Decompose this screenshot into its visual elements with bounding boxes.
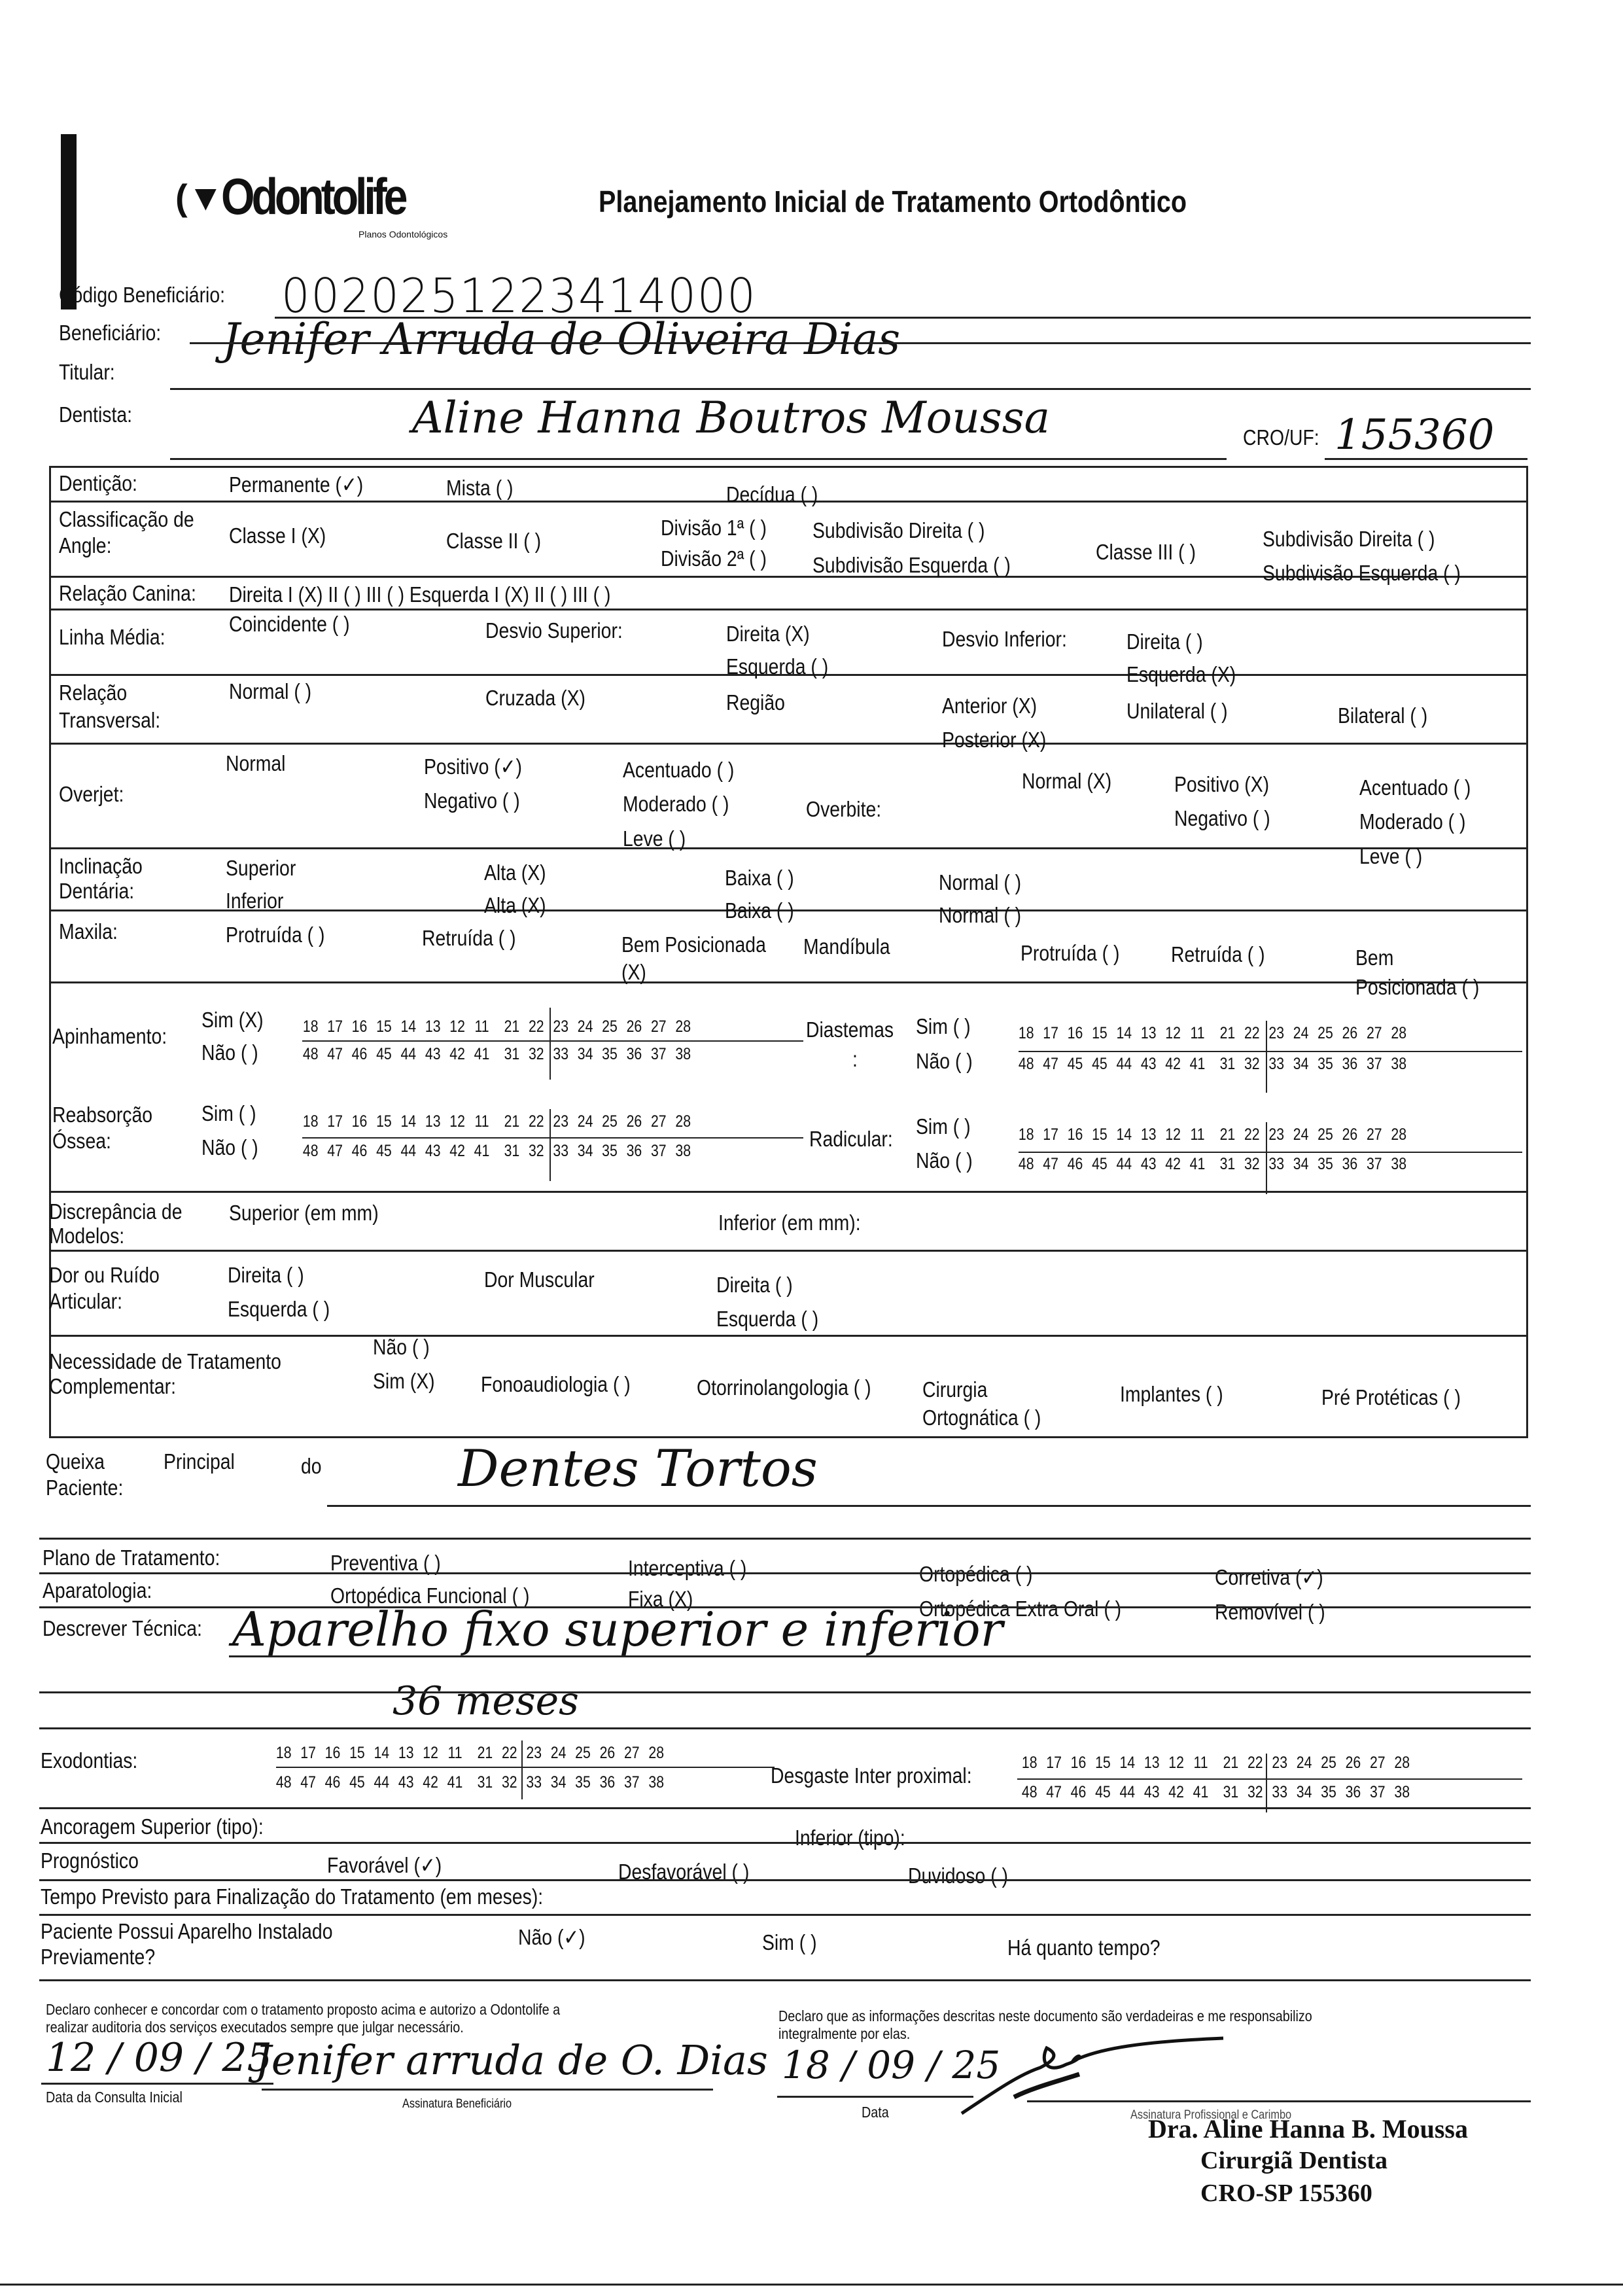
tooth-number[interactable]: 47 — [1038, 1055, 1062, 1074]
tooth-number[interactable]: 44 — [1112, 1055, 1136, 1074]
tooth-number[interactable]: 47 — [296, 1773, 320, 1792]
inclinacao-inferior: Inferior — [226, 889, 283, 913]
diastemas-teeth-lower[interactable]: 48474545444342413132333435363738 — [1014, 1055, 1411, 1074]
tooth-number[interactable]: 24 — [546, 1744, 570, 1763]
tooth-number[interactable]: 12 — [418, 1744, 442, 1763]
tooth-number[interactable]: 26 — [1341, 1754, 1365, 1773]
angle-subdivisao-direita[interactable]: Subdivisão Direita ( ) — [812, 518, 985, 543]
prognostico-duvidoso[interactable]: Duvidoso ( ) — [908, 1863, 1008, 1888]
row-divider — [49, 1250, 1526, 1252]
row-divider — [49, 609, 1526, 610]
tooth-number[interactable]: 22 — [1240, 1125, 1264, 1144]
complementar-sim[interactable]: Sim (X) — [373, 1369, 435, 1394]
tooth-number[interactable]: 16 — [321, 1744, 345, 1763]
apinhamento-nao[interactable]: Não ( ) — [201, 1040, 258, 1065]
tooth-number[interactable]: 23 — [1265, 1125, 1289, 1144]
tooth-number[interactable]: 26 — [595, 1744, 620, 1763]
tooth-number[interactable]: 34 — [573, 1045, 597, 1064]
tooth-number[interactable]: 17 — [323, 1017, 347, 1036]
tooth-number[interactable]: 44 — [370, 1773, 394, 1792]
tooth-number[interactable]: 21 — [500, 1112, 524, 1131]
tooth-number[interactable]: 46 — [347, 1045, 372, 1064]
tooth-number[interactable]: 34 — [573, 1142, 597, 1161]
tooth-number[interactable]: 43 — [421, 1142, 445, 1161]
dor-muscular-direita[interactable]: Direita ( ) — [716, 1273, 793, 1298]
tooth-number[interactable]: 17 — [1038, 1125, 1062, 1144]
desvio-inferior-esquerda[interactable]: Esquerda (X) — [1126, 662, 1236, 687]
plano-interceptiva[interactable]: Interceptiva ( ) — [628, 1556, 746, 1581]
tooth-number[interactable]: 37 — [1362, 1055, 1386, 1074]
tooth-number[interactable]: 47 — [323, 1142, 347, 1161]
aparatologia-removivel[interactable]: Removível ( ) — [1215, 1600, 1325, 1625]
tooth-number[interactable]: 15 — [1087, 1125, 1111, 1144]
tooth-number[interactable]: 26 — [622, 1017, 646, 1036]
tooth-number[interactable]: 23 — [1268, 1754, 1292, 1773]
tooth-number[interactable]: 48 — [298, 1045, 323, 1064]
tooth-number[interactable]: 42 — [418, 1773, 442, 1792]
tooth-number[interactable]: 26 — [1338, 1125, 1362, 1144]
complementar-implantes[interactable]: Implantes ( ) — [1120, 1382, 1223, 1407]
desvio-inferior-direita[interactable]: Direita ( ) — [1126, 629, 1203, 654]
tooth-number[interactable]: 41 — [1185, 1055, 1210, 1074]
tooth-number[interactable]: 22 — [524, 1112, 548, 1131]
tooth-number[interactable]: 45 — [372, 1045, 396, 1064]
tooth-number[interactable]: 38 — [1387, 1155, 1411, 1174]
tooth-number[interactable]: 47 — [1041, 1783, 1066, 1802]
tooth-number[interactable]: 23 — [549, 1112, 573, 1131]
tooth-number[interactable]: 14 — [396, 1112, 421, 1131]
inclinacao-inferior-normal[interactable]: Normal ( ) — [939, 903, 1021, 928]
tooth-number[interactable]: 41 — [1189, 1783, 1213, 1802]
reabsorcao-nao[interactable]: Não ( ) — [201, 1135, 258, 1160]
denticao-decidua[interactable]: Decídua ( ) — [726, 482, 818, 507]
tooth-number[interactable]: 33 — [549, 1045, 573, 1064]
overjet-normal[interactable]: Normal — [226, 751, 285, 776]
tooth-number[interactable]: 18 — [1014, 1024, 1038, 1043]
beneficiario-value[interactable]: Jenifer Arruda de Oliveira Dias — [222, 314, 900, 364]
complementar-cirurgia-ortognatica[interactable]: Ortognática ( ) — [922, 1405, 1041, 1430]
tooth-number[interactable]: 47 — [323, 1045, 347, 1064]
angle-classe3-subdivisao-esquerda[interactable]: Subdivisão Esquerda ( ) — [1263, 561, 1461, 586]
tooth-number[interactable]: 11 — [1185, 1024, 1210, 1043]
tooth-number[interactable]: 38 — [1390, 1783, 1414, 1802]
reabsorcao-teeth-upper[interactable]: 18171615141312112122232425262728 — [298, 1112, 695, 1131]
diastemas-teeth-upper[interactable]: 18171615141312112122232425262728 — [1014, 1024, 1411, 1043]
tooth-number[interactable]: 31 — [1219, 1783, 1243, 1802]
tooth-number[interactable]: 17 — [296, 1744, 320, 1763]
tooth-number[interactable]: 35 — [597, 1045, 621, 1064]
tooth-number[interactable]: 12 — [1161, 1125, 1185, 1144]
tooth-number[interactable]: 38 — [671, 1045, 695, 1064]
tooth-number[interactable]: 21 — [500, 1017, 524, 1036]
tooth-number[interactable]: 22 — [1240, 1024, 1264, 1043]
tooth-number[interactable]: 16 — [347, 1017, 372, 1036]
tooth-number[interactable]: 35 — [597, 1142, 621, 1161]
transversal-cruzada[interactable]: Cruzada (X) — [485, 686, 585, 711]
tooth-number[interactable]: 36 — [595, 1773, 620, 1792]
tooth-number[interactable]: 35 — [1316, 1783, 1340, 1802]
angle-divisao-2[interactable]: Divisão 2ª ( ) — [661, 546, 767, 571]
tooth-number[interactable]: 44 — [396, 1045, 421, 1064]
tooth-number[interactable]: 32 — [524, 1142, 548, 1161]
inclinacao-inferior-alta[interactable]: Alta (X) — [484, 893, 546, 918]
tooth-number[interactable]: 16 — [1063, 1024, 1087, 1043]
tooth-number[interactable]: 18 — [1014, 1125, 1038, 1144]
tooth-number[interactable]: 18 — [298, 1112, 323, 1131]
tooth-number[interactable]: 32 — [497, 1773, 521, 1792]
mandibula-retruida[interactable]: Retruída ( ) — [1171, 942, 1265, 967]
tooth-number[interactable]: 35 — [1313, 1055, 1337, 1074]
tooth-number[interactable]: 27 — [646, 1017, 671, 1036]
tooth-number[interactable]: 14 — [396, 1017, 421, 1036]
denticao-permanente[interactable]: Permanente (✓) — [229, 472, 363, 497]
tooth-number[interactable]: 33 — [1268, 1783, 1292, 1802]
transversal-bilateral[interactable]: Bilateral ( ) — [1338, 703, 1427, 728]
tooth-number[interactable]: 48 — [1014, 1155, 1038, 1174]
tooth-number[interactable]: 37 — [1362, 1155, 1386, 1174]
mandibula-protruida[interactable]: Protruída ( ) — [1021, 941, 1119, 966]
tooth-number[interactable]: 36 — [1341, 1783, 1365, 1802]
tooth-number[interactable]: 28 — [1390, 1754, 1414, 1773]
angle-classe-3[interactable]: Classe III ( ) — [1096, 540, 1196, 565]
tooth-number[interactable]: 13 — [421, 1017, 445, 1036]
radicular-sim[interactable]: Sim ( ) — [916, 1114, 971, 1139]
tooth-number[interactable]: 16 — [1063, 1125, 1087, 1144]
tooth-number[interactable]: 42 — [1161, 1055, 1185, 1074]
tooth-number[interactable]: 33 — [549, 1142, 573, 1161]
tooth-number[interactable]: 28 — [671, 1017, 695, 1036]
tooth-number[interactable]: 12 — [445, 1112, 469, 1131]
tooth-number[interactable]: 36 — [1338, 1155, 1362, 1174]
tooth-number[interactable]: 15 — [1091, 1754, 1115, 1773]
ancoragem-inferior[interactable]: Inferior (tipo): — [795, 1826, 905, 1850]
tooth-number[interactable]: 21 — [473, 1744, 497, 1763]
transversal-anterior[interactable]: Anterior (X) — [942, 694, 1037, 718]
angle-classe-2[interactable]: Classe II ( ) — [446, 529, 541, 554]
angle-classe-1[interactable]: Classe I (X) — [229, 523, 326, 548]
tooth-number[interactable]: 15 — [372, 1112, 396, 1131]
mandibula-bem-posicionada[interactable]: Posicionada ( ) — [1355, 975, 1479, 1000]
overjet-moderado[interactable]: Moderado ( ) — [623, 792, 729, 817]
discrepancia-superior[interactable]: Superior (em mm) — [229, 1201, 379, 1226]
tooth-number[interactable]: 34 — [546, 1773, 570, 1792]
dor-articular-esquerda[interactable]: Esquerda ( ) — [228, 1297, 330, 1322]
tooth-number[interactable]: 16 — [1066, 1754, 1091, 1773]
queixa-value[interactable]: Dentes Tortos — [458, 1439, 818, 1498]
apinhamento-teeth-lower[interactable]: 48474645444342413132333435363738 — [298, 1045, 695, 1064]
tooth-number[interactable]: 32 — [1240, 1055, 1264, 1074]
overjet-leve[interactable]: Leve ( ) — [623, 826, 686, 851]
tooth-number[interactable]: 27 — [1365, 1754, 1389, 1773]
tooth-number[interactable]: 45 — [345, 1773, 369, 1792]
assinatura-beneficiario[interactable]: Jenifer arruda de O. Dias — [255, 2036, 768, 2084]
tooth-number[interactable]: 13 — [1136, 1024, 1161, 1043]
tooth-number[interactable]: 12 — [1164, 1754, 1188, 1773]
tooth-number[interactable]: 16 — [347, 1112, 372, 1131]
tooth-number[interactable]: 42 — [1164, 1783, 1188, 1802]
tooth-number[interactable]: 38 — [671, 1142, 695, 1161]
tooth-number[interactable]: 44 — [396, 1142, 421, 1161]
tooth-number[interactable]: 26 — [622, 1112, 646, 1131]
exodontias-label: Exodontias: — [41, 1748, 137, 1773]
tooth-number[interactable]: 17 — [1038, 1024, 1062, 1043]
tooth-number[interactable]: 22 — [1243, 1754, 1267, 1773]
tooth-number[interactable]: 11 — [470, 1112, 494, 1131]
tooth-number[interactable]: 13 — [394, 1744, 418, 1763]
overbite-leve[interactable]: Leve ( ) — [1359, 844, 1422, 869]
inclinacao-superior-normal[interactable]: Normal ( ) — [939, 870, 1021, 895]
complementar-pre-proteticas[interactable]: Pré Protéticas ( ) — [1321, 1385, 1461, 1410]
complementar-nao[interactable]: Não ( ) — [373, 1335, 430, 1360]
tooth-number[interactable]: 46 — [1066, 1783, 1091, 1802]
tooth-number[interactable]: 48 — [1017, 1783, 1041, 1802]
tooth-number[interactable]: 41 — [470, 1142, 494, 1161]
tooth-number[interactable]: 11 — [470, 1017, 494, 1036]
maxila-protruida[interactable]: Protruída ( ) — [226, 923, 324, 947]
tooth-number[interactable]: 41 — [1185, 1155, 1210, 1174]
apinhamento-sim[interactable]: Sim (X) — [201, 1008, 264, 1033]
tooth-number[interactable]: 18 — [298, 1017, 323, 1036]
transversal-posterior[interactable]: Posterior (X) — [942, 728, 1046, 752]
tooth-number[interactable]: 34 — [1292, 1783, 1316, 1802]
tooth-number[interactable]: 33 — [522, 1773, 546, 1792]
tooth-number[interactable]: 23 — [522, 1744, 546, 1763]
dentista-value[interactable]: Aline Hanna Boutros Moussa — [412, 393, 1050, 443]
tooth-number[interactable]: 42 — [445, 1045, 469, 1064]
tooth-number[interactable]: 17 — [323, 1112, 347, 1131]
tooth-number[interactable]: 13 — [421, 1112, 445, 1131]
tooth-number[interactable]: 36 — [622, 1045, 646, 1064]
inclinacao-inferior-baixa[interactable]: Baixa ( ) — [725, 898, 794, 923]
plano-corretiva[interactable]: Corretiva (✓) — [1215, 1565, 1323, 1590]
tooth-number[interactable]: 22 — [497, 1744, 521, 1763]
tooth-number[interactable]: 35 — [570, 1773, 595, 1792]
tooth-number[interactable]: 37 — [620, 1773, 644, 1792]
aparelho-previo-ha-quanto[interactable]: Há quanto tempo? — [1007, 1935, 1161, 1960]
desgaste-teeth-lower[interactable]: 48474645444342413132333435363738 — [1017, 1783, 1414, 1802]
tooth-number[interactable]: 33 — [1265, 1155, 1289, 1174]
tooth-number[interactable]: 36 — [1338, 1055, 1362, 1074]
complementar-otorrino[interactable]: Otorrinolangologia ( ) — [697, 1375, 871, 1400]
overbite-normal[interactable]: Normal (X) — [1022, 769, 1111, 794]
tooth-number[interactable]: 28 — [1387, 1024, 1411, 1043]
tooth-number[interactable]: 44 — [1112, 1155, 1136, 1174]
tooth-number[interactable]: 43 — [394, 1773, 418, 1792]
tooth-number[interactable]: 46 — [1063, 1155, 1087, 1174]
transversal-normal[interactable]: Normal ( ) — [229, 679, 311, 704]
tooth-number[interactable]: 11 — [1185, 1125, 1210, 1144]
tooth-number[interactable]: 23 — [549, 1017, 573, 1036]
tooth-number[interactable]: 13 — [1136, 1125, 1161, 1144]
tooth-number[interactable]: 12 — [1161, 1024, 1185, 1043]
angle-divisao-1[interactable]: Divisão 1ª ( ) — [661, 516, 767, 540]
tooth-number[interactable]: 25 — [597, 1112, 621, 1131]
discrepancia-inferior[interactable]: Inferior (em mm): — [718, 1210, 861, 1235]
radicular-teeth-lower[interactable]: 48474645444342413132333435363738 — [1014, 1155, 1411, 1174]
aparelho-previo-sim[interactable]: Sim ( ) — [762, 1930, 817, 1955]
radicular-nao[interactable]: Não ( ) — [916, 1148, 973, 1173]
tooth-number[interactable]: 14 — [1112, 1024, 1136, 1043]
tooth-number[interactable]: 43 — [1140, 1783, 1164, 1802]
radicular-teeth-upper[interactable]: 18171615141312112122232425262728 — [1014, 1125, 1411, 1144]
maxila-bem-posicionada-mark[interactable]: (X) — [621, 960, 646, 985]
aparelho-previo-nao[interactable]: Não (✓) — [518, 1925, 585, 1950]
tooth-number[interactable]: 41 — [443, 1773, 467, 1792]
tooth-number[interactable]: 24 — [573, 1017, 597, 1036]
tooth-number[interactable]: 48 — [271, 1773, 296, 1792]
tooth-number[interactable]: 25 — [1316, 1754, 1340, 1773]
tooth-number[interactable]: 32 — [1243, 1783, 1267, 1802]
beneficiario-label: Beneficiário: — [59, 321, 161, 345]
tooth-number[interactable]: 32 — [1240, 1155, 1264, 1174]
desvio-superior-esquerda[interactable]: Esquerda ( ) — [726, 654, 828, 679]
tooth-number[interactable]: 38 — [1387, 1055, 1411, 1074]
tooth-number[interactable]: 41 — [470, 1045, 494, 1064]
inclinacao-superior-baixa[interactable]: Baixa ( ) — [725, 866, 794, 891]
complementar-fonoaudiologia[interactable]: Fonoaudiologia ( ) — [481, 1372, 631, 1397]
tooth-number[interactable]: 25 — [570, 1744, 595, 1763]
transversal-unilateral[interactable]: Unilateral ( ) — [1126, 699, 1228, 724]
denticao-mista[interactable]: Mista ( ) — [446, 476, 513, 501]
reabsorcao-teeth-lower[interactable]: 48474645444342413132333435363738 — [298, 1142, 695, 1161]
tooth-number[interactable]: 15 — [372, 1017, 396, 1036]
tooth-number[interactable]: 12 — [445, 1017, 469, 1036]
tooth-number[interactable]: 43 — [1136, 1155, 1161, 1174]
tooth-number[interactable]: 31 — [500, 1142, 524, 1161]
tooth-number[interactable]: 48 — [298, 1142, 323, 1161]
tooth-number[interactable]: 32 — [524, 1045, 548, 1064]
tooth-number[interactable]: 37 — [646, 1045, 671, 1064]
overjet-negativo[interactable]: Negativo ( ) — [424, 788, 520, 813]
tooth-number[interactable]: 35 — [1313, 1155, 1337, 1174]
maxila-retruida[interactable]: Retruída ( ) — [422, 926, 516, 951]
tooth-number[interactable]: 31 — [1215, 1155, 1240, 1174]
tooth-number[interactable]: 45 — [372, 1142, 396, 1161]
prognostico-favoravel[interactable]: Favorável (✓) — [327, 1853, 442, 1878]
tooth-number[interactable]: 18 — [271, 1744, 296, 1763]
maxila-bem-posicionada[interactable]: Bem Posicionada — [621, 932, 766, 957]
tooth-number[interactable]: 21 — [1219, 1754, 1243, 1773]
tooth-number[interactable]: 46 — [321, 1773, 345, 1792]
tooth-number[interactable]: 37 — [646, 1142, 671, 1161]
tooth-number[interactable]: 45 — [1087, 1055, 1111, 1074]
tooth-number[interactable]: 38 — [644, 1773, 669, 1792]
overbite-moderado[interactable]: Moderado ( ) — [1359, 809, 1465, 834]
tooth-number[interactable]: 15 — [345, 1744, 369, 1763]
tecnica-line-1[interactable]: Aparelho fixo superior e inferior — [232, 1602, 1003, 1657]
canina-options[interactable]: Direita I (X) II ( ) III ( ) Esquerda I … — [229, 582, 610, 607]
data-consulta-inicial[interactable]: 12 / 09 / 25 — [46, 2035, 272, 2081]
tooth-number[interactable]: 24 — [573, 1112, 597, 1131]
tooth-number[interactable]: 25 — [597, 1017, 621, 1036]
tooth-number[interactable]: 46 — [347, 1142, 372, 1161]
tecnica-line-2[interactable]: 36 meses — [393, 1678, 579, 1724]
tooth-number[interactable]: 47 — [1038, 1155, 1062, 1174]
diastemas-sim[interactable]: Sim ( ) — [916, 1014, 971, 1039]
tooth-number[interactable]: 14 — [370, 1744, 394, 1763]
tooth-number[interactable]: 23 — [1265, 1024, 1289, 1043]
apinhamento-teeth-upper[interactable]: 18171615141312112122232425262728 — [298, 1017, 695, 1036]
tooth-number[interactable]: 22 — [524, 1017, 548, 1036]
tooth-number[interactable]: 24 — [1289, 1024, 1313, 1043]
reabsorcao-sim[interactable]: Sim ( ) — [201, 1101, 256, 1126]
tooth-number[interactable]: 27 — [1362, 1024, 1386, 1043]
tooth-number[interactable]: 17 — [1041, 1754, 1066, 1773]
tooth-number[interactable]: 43 — [421, 1045, 445, 1064]
tooth-number[interactable]: 44 — [1115, 1783, 1140, 1802]
inclinacao-superior-alta[interactable]: Alta (X) — [484, 860, 546, 885]
tooth-number[interactable]: 45 — [1091, 1783, 1115, 1802]
ancoragem-superior[interactable]: Ancoragem Superior (tipo): — [41, 1814, 264, 1839]
tooth-number[interactable]: 36 — [622, 1142, 646, 1161]
tooth-number[interactable]: 42 — [445, 1142, 469, 1161]
tooth-number[interactable]: 15 — [1087, 1024, 1111, 1043]
exodontias-teeth-upper[interactable]: 18171615141312112122232425262728 — [271, 1744, 669, 1763]
professional-signature-scribble[interactable] — [949, 2035, 1354, 2120]
angle-subdivisao-esquerda[interactable]: Subdivisão Esquerda ( ) — [812, 553, 1011, 578]
overjet-acentuado[interactable]: Acentuado ( ) — [623, 758, 734, 783]
tooth-number[interactable]: 33 — [1265, 1055, 1289, 1074]
dor-muscular-esquerda[interactable]: Esquerda ( ) — [716, 1307, 818, 1332]
angle-classe3-subdivisao-direita[interactable]: Subdivisão Direita ( ) — [1263, 527, 1435, 552]
tooth-number[interactable]: 28 — [671, 1112, 695, 1131]
tooth-number[interactable]: 21 — [1215, 1125, 1240, 1144]
tooth-number[interactable]: 13 — [1140, 1754, 1164, 1773]
inclinacao-label-2: Dentária: — [59, 879, 134, 904]
tooth-number[interactable]: 48 — [1014, 1055, 1038, 1074]
tooth-number[interactable]: 27 — [620, 1744, 644, 1763]
tooth-number[interactable]: 11 — [443, 1744, 467, 1763]
tooth-number[interactable]: 28 — [644, 1744, 669, 1763]
tooth-number[interactable]: 25 — [1313, 1125, 1337, 1144]
linha-media-coincidente[interactable]: Coincidente ( ) — [229, 612, 350, 637]
tooth-number[interactable]: 31 — [473, 1773, 497, 1792]
dor-articular-direita[interactable]: Direita ( ) — [228, 1263, 304, 1288]
tooth-number[interactable]: 45 — [1063, 1055, 1087, 1074]
tooth-number[interactable]: 14 — [1112, 1125, 1136, 1144]
tooth-number[interactable]: 28 — [1387, 1125, 1411, 1144]
tooth-number[interactable]: 31 — [500, 1045, 524, 1064]
overbite-positivo[interactable]: Positivo (X) — [1174, 772, 1269, 797]
tooth-number[interactable]: 25 — [1313, 1024, 1337, 1043]
exodontias-teeth-lower[interactable]: 48474645444342413132333435363738 — [271, 1773, 669, 1792]
tooth-number[interactable]: 37 — [1365, 1783, 1389, 1802]
tooth-number[interactable]: 34 — [1289, 1155, 1313, 1174]
overjet-positivo[interactable]: Positivo (✓) — [424, 754, 522, 779]
tooth-number[interactable]: 14 — [1115, 1754, 1140, 1773]
overbite-acentuado[interactable]: Acentuado ( ) — [1359, 775, 1471, 800]
tooth-number[interactable]: 43 — [1136, 1055, 1161, 1074]
tooth-number[interactable]: 18 — [1017, 1754, 1041, 1773]
diastemas-nao[interactable]: Não ( ) — [916, 1049, 973, 1074]
tooth-number[interactable]: 27 — [646, 1112, 671, 1131]
tempo-previsto-label[interactable]: Tempo Previsto para Finalização do Trata… — [41, 1884, 543, 1909]
tooth-number[interactable]: 24 — [1292, 1754, 1316, 1773]
cro-value[interactable]: 155360 — [1335, 411, 1494, 459]
tooth-number[interactable]: 45 — [1087, 1155, 1111, 1174]
desvio-superior-direita[interactable]: Direita (X) — [726, 622, 810, 646]
overbite-negativo[interactable]: Negativo ( ) — [1174, 806, 1270, 831]
tooth-number[interactable]: 31 — [1215, 1055, 1240, 1074]
tooth-number[interactable]: 21 — [1215, 1024, 1240, 1043]
tooth-number[interactable]: 11 — [1189, 1754, 1213, 1773]
tooth-number[interactable]: 26 — [1338, 1024, 1362, 1043]
tooth-number[interactable]: 24 — [1289, 1125, 1313, 1144]
tooth-number[interactable]: 27 — [1362, 1125, 1386, 1144]
tooth-number[interactable]: 34 — [1289, 1055, 1313, 1074]
tooth-number[interactable]: 42 — [1161, 1155, 1185, 1174]
desgaste-teeth-upper[interactable]: 18171615141312112122232425262728 — [1017, 1754, 1414, 1773]
